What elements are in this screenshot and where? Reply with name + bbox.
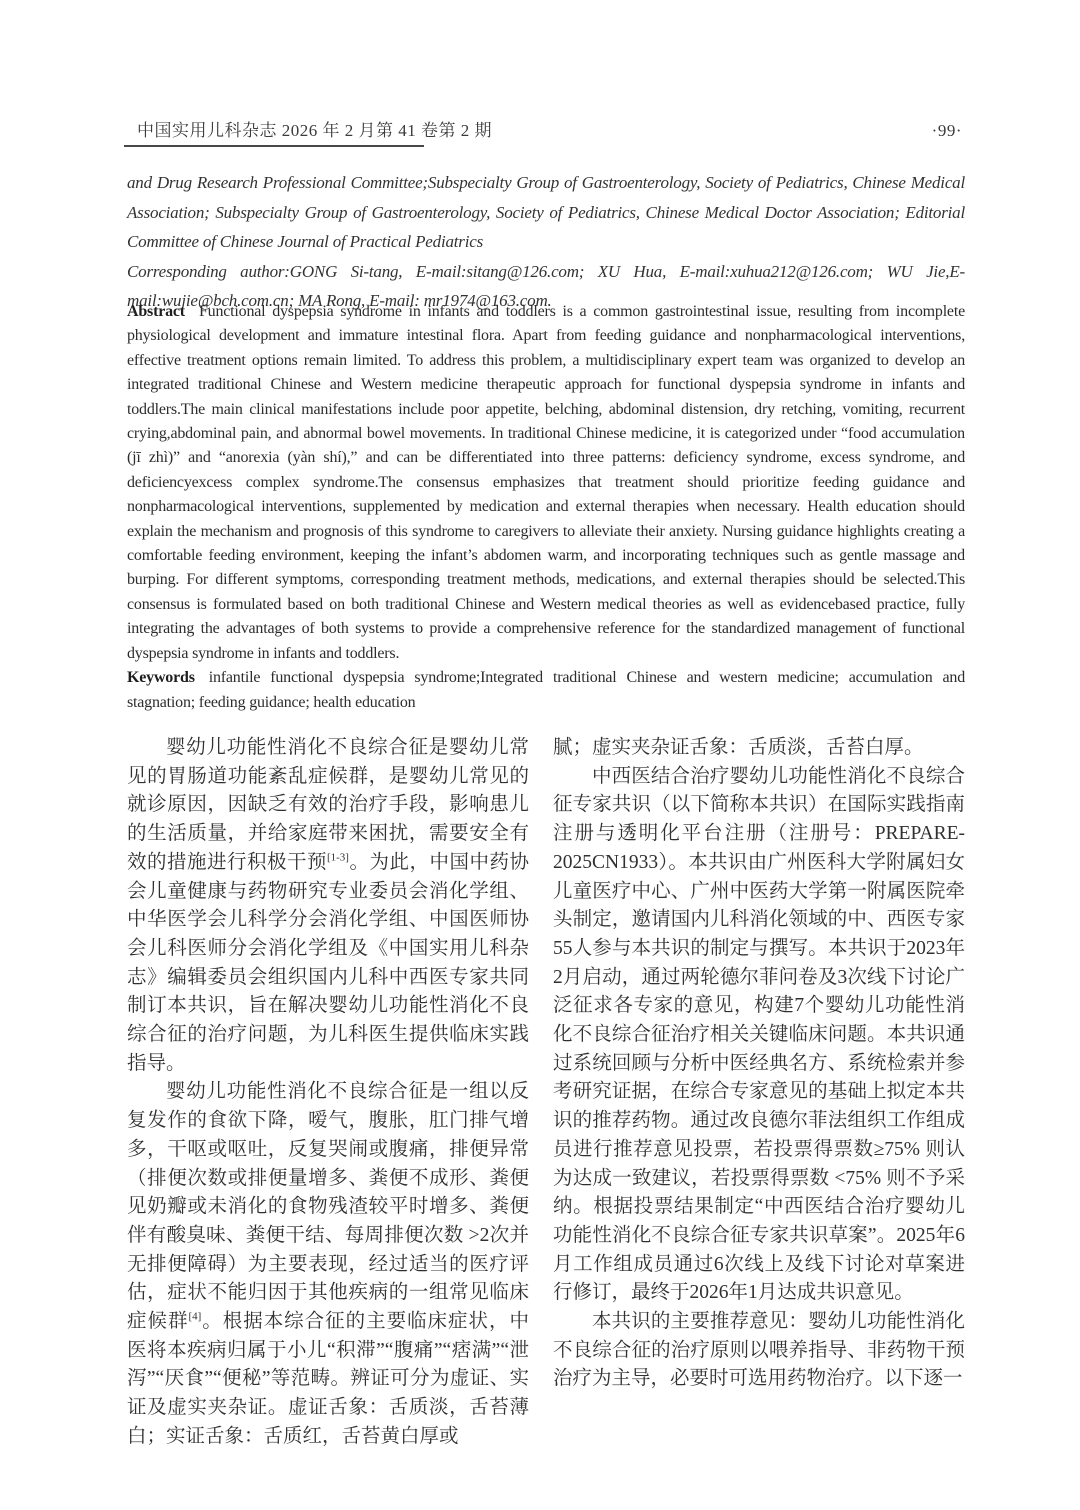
paragraph-recommendation: 本共识的主要推荐意见：婴幼儿功能性消化不良综合征的治疗原则以喂养指导、非药物干预…: [553, 1308, 965, 1394]
journal-page: 中国实用儿科杂志 2026 年 2 月第 41 卷第 2 期 ·99· and …: [0, 0, 1080, 1510]
article-body: 婴幼儿功能性消化不良综合征是婴幼儿常见的胃肠道功能紊乱症候群，是婴幼儿常见的就诊…: [127, 734, 965, 1452]
paragraph-definition: 婴幼儿功能性消化不良综合征是一组以反复发作的食欲下降，嗳气，腹胀，肛门排气增多，…: [127, 1078, 529, 1451]
paragraph-introduction: 婴幼儿功能性消化不良综合征是婴幼儿常见的胃肠道功能紊乱症候群，是婴幼儿常见的就诊…: [127, 734, 529, 1078]
abstract-keywords-block: AbstractFunctional dyspepsia syndrome in…: [127, 300, 965, 715]
left-column: 婴幼儿功能性消化不良综合征是婴幼儿常见的胃肠道功能紊乱症候群，是婴幼儿常见的就诊…: [127, 734, 529, 1452]
abstract-label: Abstract: [127, 303, 185, 320]
citation-ref-1-3: [1-3]: [327, 851, 349, 863]
right-column: 腻；虚实夹杂证舌象：舌质淡，舌苔白厚。 中西医结合治疗婴幼儿功能性消化不良综合征…: [553, 734, 965, 1452]
paragraph-consensus-method: 中西医结合治疗婴幼儿功能性消化不良综合征专家共识（以下简称本共识）在国际实践指南…: [553, 763, 965, 1308]
intro-text-2: 。为此，中国中药协会儿童健康与药物研究专业委员会消化学组、中华医学会儿科学分会消…: [127, 852, 529, 1074]
page-header: 中国实用儿科杂志 2026 年 2 月第 41 卷第 2 期 ·99·: [137, 116, 962, 141]
definition-text-1: 婴幼儿功能性消化不良综合征是一组以反复发作的食欲下降，嗳气，腹胀，肛门排气增多，…: [127, 1081, 529, 1332]
front-matter: and Drug Research Professional Committee…: [127, 168, 965, 316]
citation-ref-4: [4]: [188, 1311, 201, 1323]
affiliations-english: and Drug Research Professional Committee…: [127, 168, 965, 257]
abstract-section: AbstractFunctional dyspepsia syndrome in…: [127, 300, 965, 666]
page-number: ·99·: [932, 121, 962, 141]
journal-issue-info: 中国实用儿科杂志 2026 年 2 月第 41 卷第 2 期: [137, 116, 492, 141]
header-rule: [124, 145, 424, 147]
abstract-text: Functional dyspepsia syndrome in infants…: [127, 303, 965, 662]
paragraph-continuation: 腻；虚实夹杂证舌象：舌质淡，舌苔白厚。: [553, 734, 965, 763]
keywords-section: Keywordsinfantile functional dyspepsia s…: [127, 666, 965, 715]
keywords-label: Keywords: [127, 669, 195, 686]
keywords-text: infantile functional dyspepsia syndrome;…: [127, 669, 965, 710]
